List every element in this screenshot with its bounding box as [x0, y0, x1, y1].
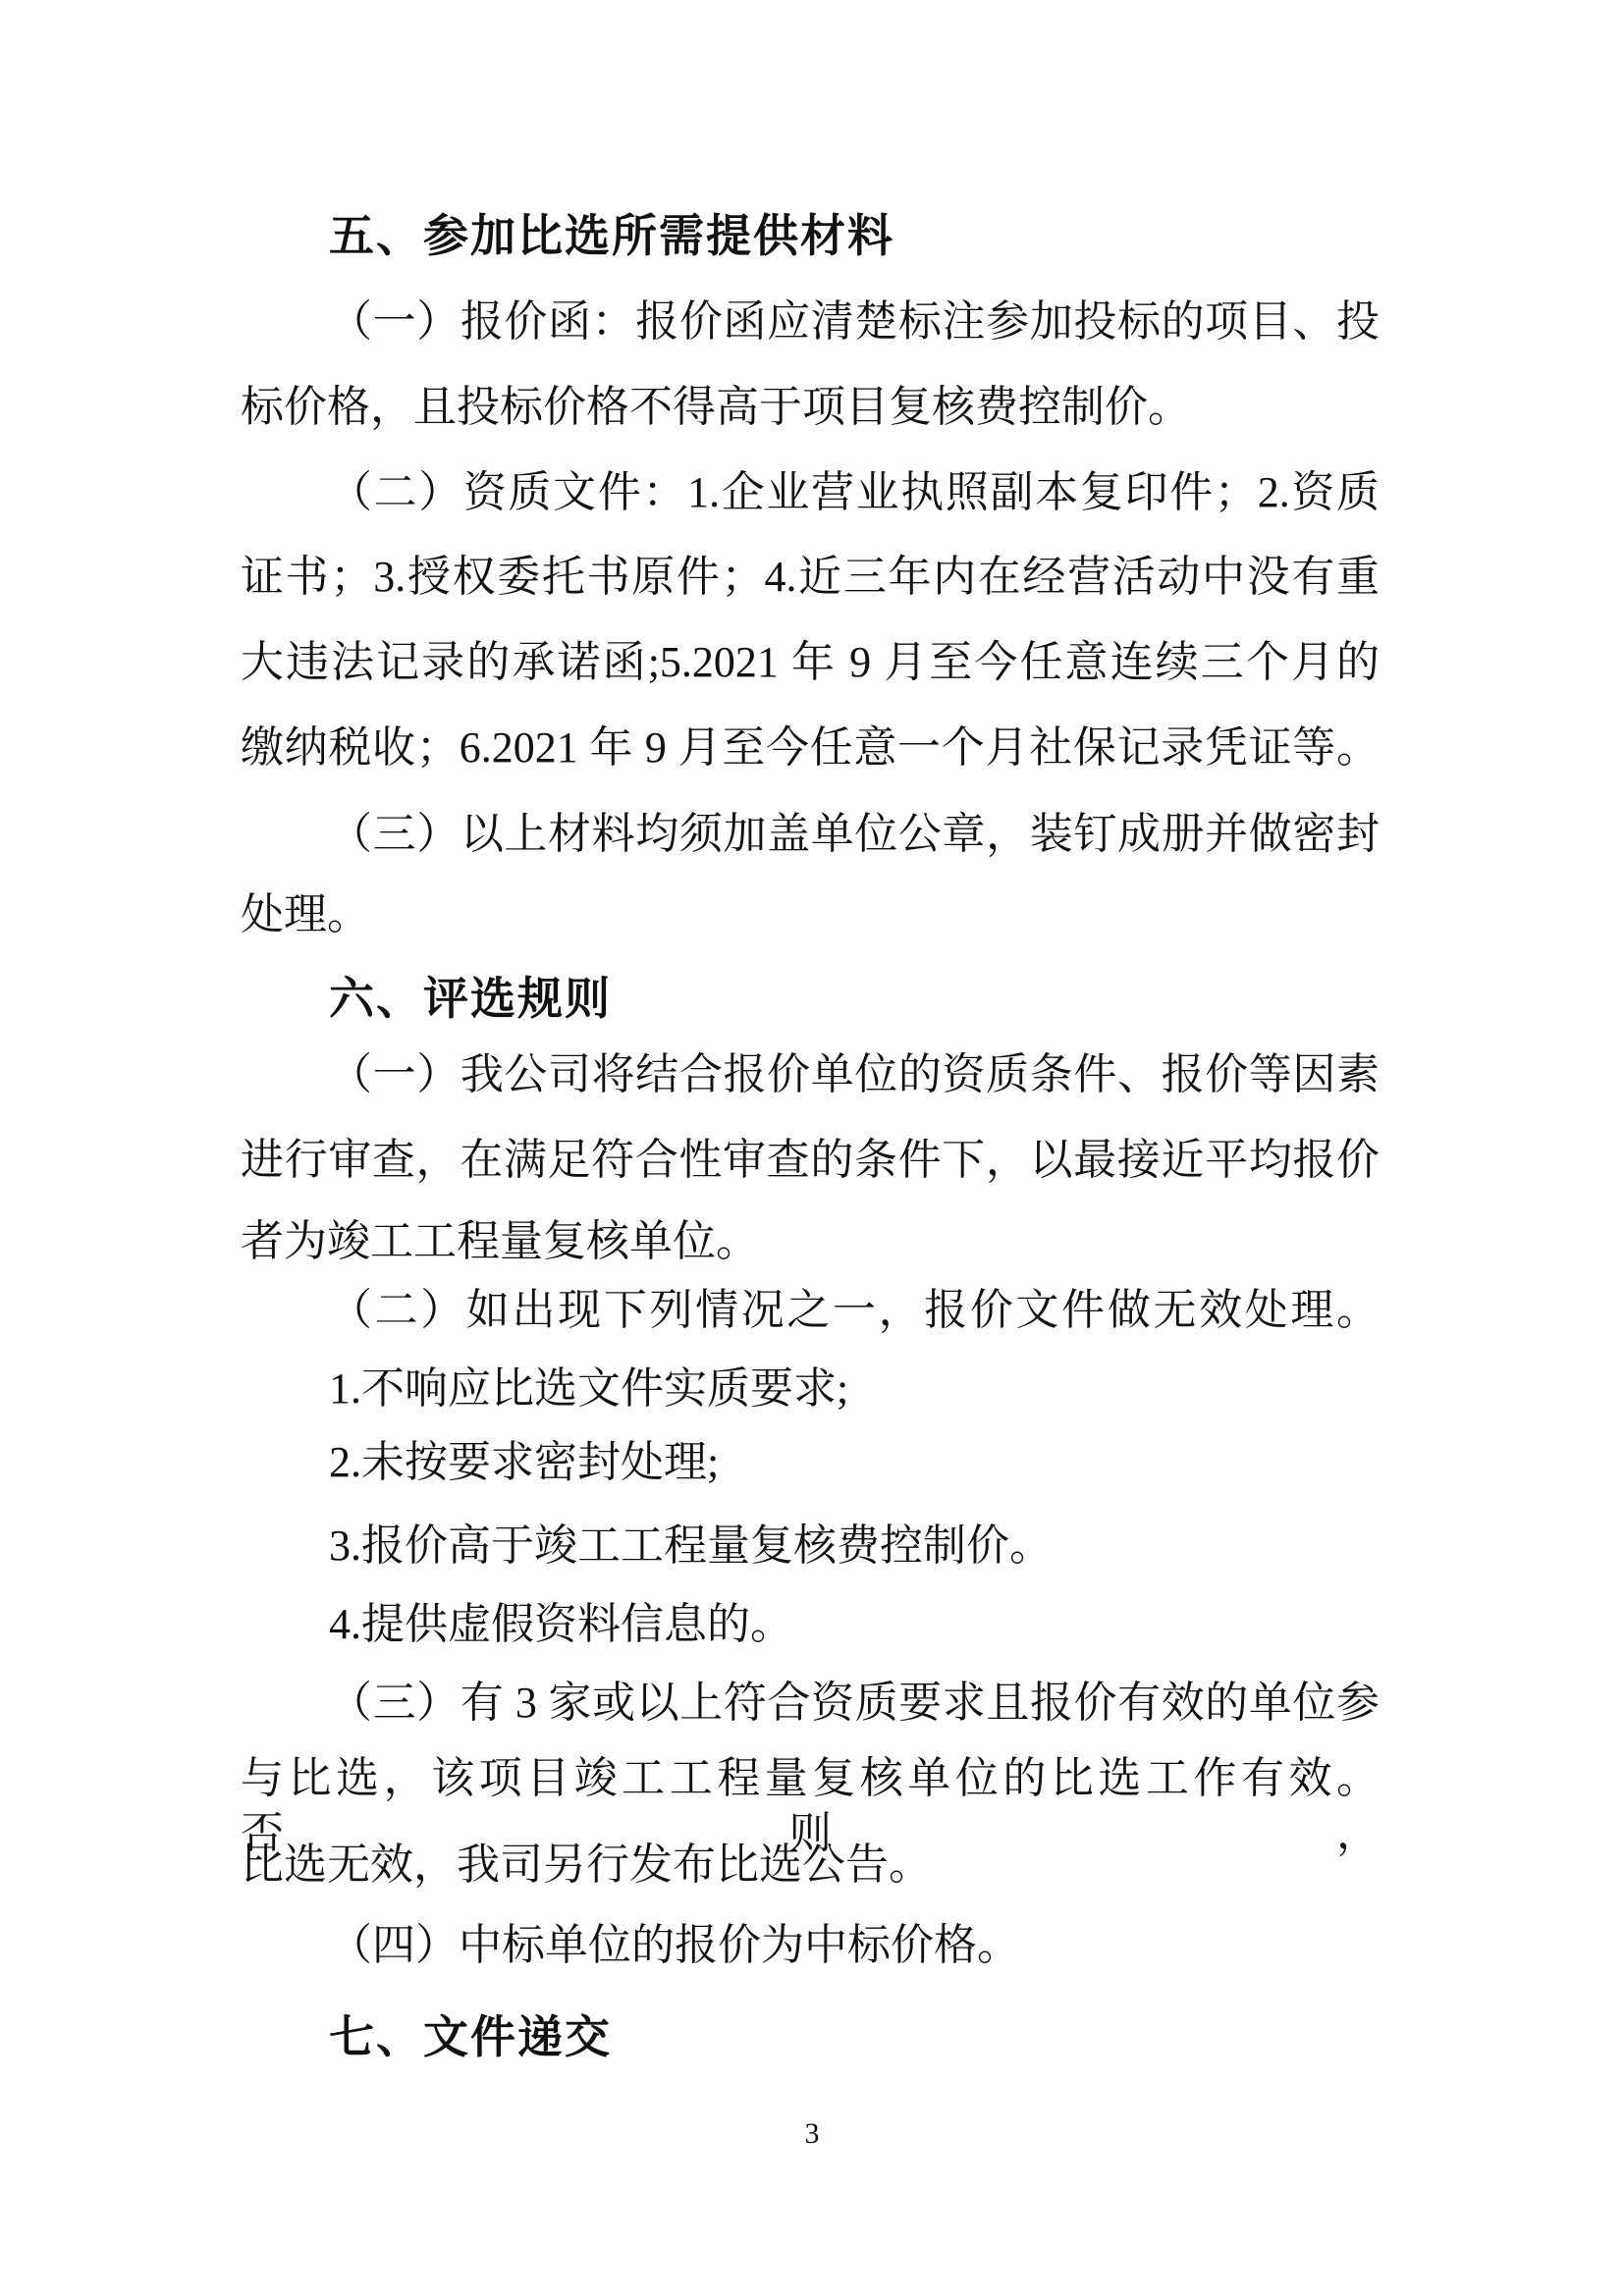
list-item-2: 2.未按要求密封处理; [241, 1435, 1380, 1490]
text-line-qualification-4: 缴纳税收；6.2021 年 9 月至今任意一个月社保记录凭证等。 [241, 721, 1380, 775]
text-line-review-1: （一）我公司将结合报价单位的资质条件、报价等因素 [241, 1047, 1380, 1102]
text-line-quote-letter-2: 标价格，且投标价格不得高于项目复核费控制价。 [241, 380, 1380, 435]
section-heading-5: 五、参加比选所需提供材料 [241, 208, 1380, 263]
text-line-three-bidders-2: 与比选，该项目竣工工程量复核单位的比选工作有效。否则， [241, 1751, 1380, 1806]
section-heading-6: 六、评选规则 [241, 971, 1380, 1026]
page-number: 3 [0, 2117, 1624, 2151]
section-heading-7: 七、文件递交 [241, 2009, 1380, 2064]
text-line-review-3: 者为竣工工程量复核单位。 [241, 1214, 1380, 1269]
text-line-seal-1: （三）以上材料均须加盖单位公章，装钉成册并做密封 [241, 807, 1380, 862]
text-line-seal-2: 处理。 [241, 887, 1380, 942]
document-page: 五、参加比选所需提供材料 （一）报价函：报价函应清楚标注参加投标的项目、投 标价… [0, 0, 1624, 2296]
text-line-invalid-intro: （二）如出现下列情况之一，报价文件做无效处理。 [241, 1283, 1380, 1338]
text-line-qualification-3: 大违法记录的承诺函;5.2021 年 9 月至今任意连续三个月的 [241, 635, 1380, 690]
text-line-quote-letter-1: （一）报价函：报价函应清楚标注参加投标的项目、投 [241, 294, 1380, 349]
text-line-qualification-2: 证书；3.授权委托书原件；4.近三年内在经营活动中没有重 [241, 550, 1380, 605]
text-line-award-price: （四）中标单位的报价为中标价格。 [241, 1918, 1380, 1973]
list-item-1: 1.不响应比选文件实质要求; [241, 1362, 1380, 1416]
text-line-three-bidders-3: 比选无效，我司另行发布比选公告。 [241, 1838, 1380, 1893]
text-line-qualification-1: （二）资质文件：1.企业营业执照副本复印件；2.资质 [241, 465, 1380, 520]
list-item-3: 3.报价高于竣工工程量复核费控制价。 [241, 1519, 1380, 1574]
text-line-review-2: 进行审查，在满足符合性审查的条件下，以最接近平均报价 [241, 1133, 1380, 1188]
list-item-4: 4.提供虚假资料信息的。 [241, 1597, 1380, 1652]
text-line-three-bidders-1: （三）有 3 家或以上符合资质要求且报价有效的单位参 [241, 1676, 1380, 1731]
